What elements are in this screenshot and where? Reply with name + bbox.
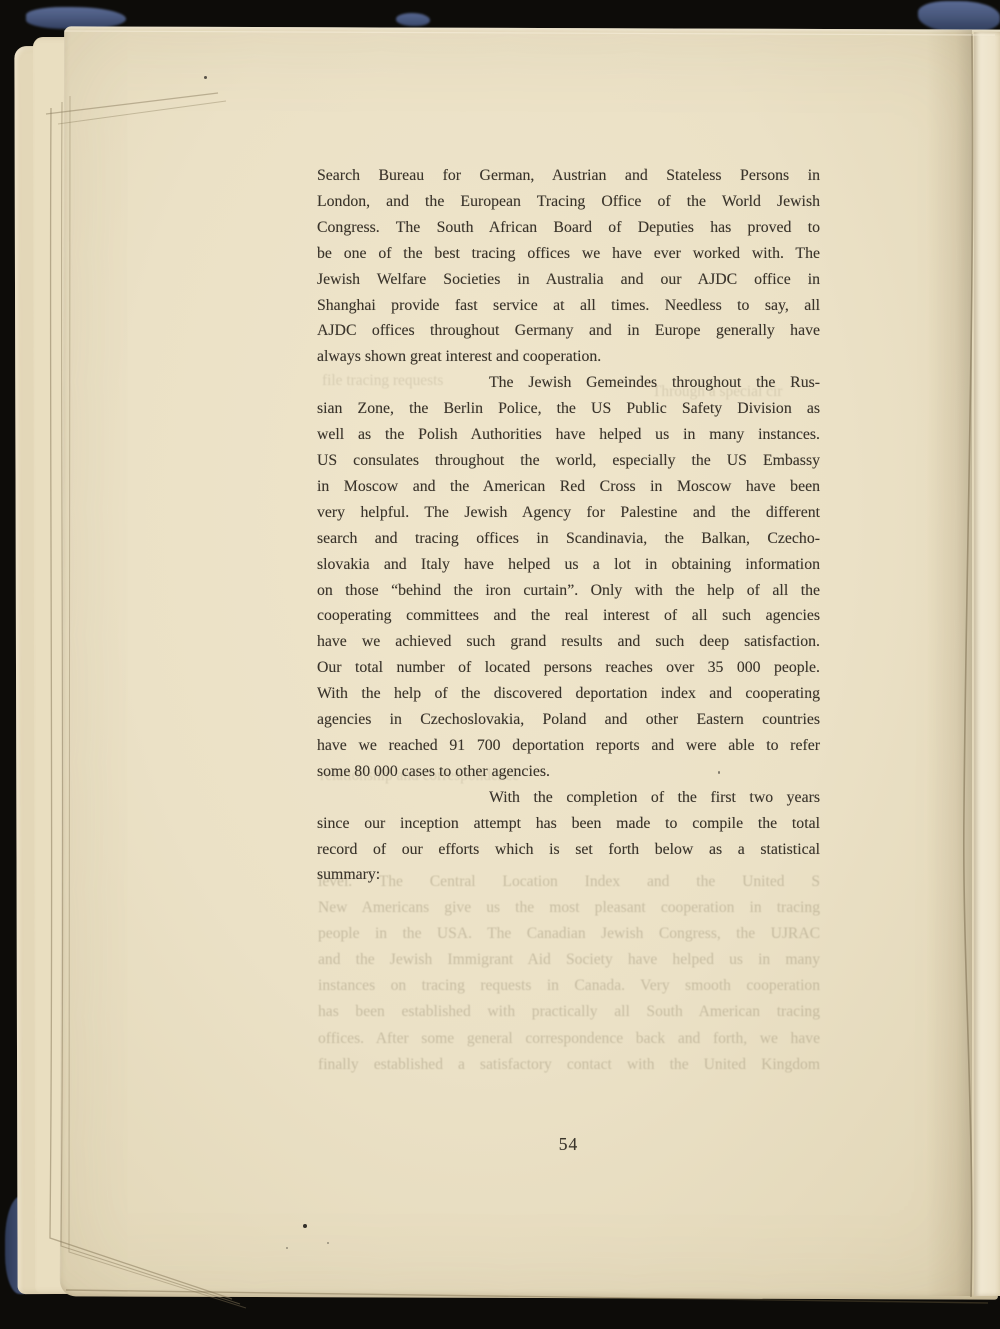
text-line: Shanghai provide fast service at all tim… — [317, 293, 820, 319]
text-line: With the help of the discovered deportat… — [317, 681, 820, 707]
text-line: agencies in Czechoslovakia, Poland and o… — [317, 707, 820, 733]
text-line: AJDC offices throughout Germany and in E… — [317, 318, 820, 344]
text-line: Congress. The South African Board of Dep… — [317, 215, 820, 241]
text-line: always shown great interest and cooperat… — [317, 344, 820, 370]
text-line: Search Bureau for German, Austrian and S… — [317, 163, 820, 189]
paragraph: With the completion of the first two yea… — [317, 785, 820, 889]
text-line: sian Zone, the Berlin Police, the US Pub… — [317, 396, 820, 422]
ink-speck — [204, 76, 207, 79]
show-through-line: instances on tracing requests in Canada.… — [318, 973, 820, 999]
ink-speck — [286, 1247, 288, 1249]
show-through-line: finally established a satisfactory conta… — [318, 1052, 820, 1078]
text-line: be one of the best tracing offices we ha… — [317, 241, 820, 267]
text-line: very helpful. The Jewish Agency for Pale… — [317, 500, 820, 526]
ink-speck — [327, 1242, 329, 1244]
text-line: have we achieved such grand results and … — [317, 629, 820, 655]
text-line: With the completion of the first two yea… — [317, 785, 820, 811]
text-line: since our inception attempt has been mad… — [317, 811, 820, 837]
page-fold-shadow — [926, 30, 972, 1296]
text-line: US consulates throughout the world, espe… — [317, 448, 820, 474]
text-line: summary: — [317, 862, 820, 888]
paragraph: The Jewish Gemeindes throughout the Rus-… — [317, 370, 820, 785]
text-line: The Jewish Gemeindes throughout the Rus- — [317, 370, 820, 396]
text-line: some 80 000 cases to other agencies. — [317, 759, 820, 785]
text-line: in Moscow and the American Red Cross in … — [317, 474, 820, 500]
show-through-line: people in the USA. The Canadian Jewish C… — [318, 921, 820, 947]
text-line: on those “behind the iron curtain”. Only… — [317, 578, 820, 604]
cover-cloth-top-right — [918, 1, 1000, 33]
ink-speck — [303, 1224, 307, 1228]
show-through-text: level. The Central Location Index and th… — [318, 869, 820, 1078]
show-through-line: and the Jewish Immigrant Aid Society hav… — [318, 947, 820, 973]
text-line: search and tracing offices in Scandinavi… — [317, 526, 820, 552]
show-through-line: has been established with practically al… — [318, 999, 820, 1025]
text-line: record of our efforts which is set forth… — [317, 837, 820, 863]
show-through-line: offices. After some general corresponden… — [318, 1026, 820, 1052]
cover-cloth-top-middle — [396, 13, 430, 26]
text-line: Our total number of located persons reac… — [317, 655, 820, 681]
ink-speck — [613, 228, 615, 230]
next-page-edge — [974, 32, 1000, 1296]
text-block: Search Bureau for German, Austrian and S… — [317, 163, 820, 888]
text-line: slovakia and Italy have helped us a lot … — [317, 552, 820, 578]
paragraph: Search Bureau for German, Austrian and S… — [317, 163, 820, 370]
text-line: cooperating committees and the real inte… — [317, 603, 820, 629]
ink-speck — [718, 771, 720, 774]
book-scan: level. The Central Location Index and th… — [0, 0, 1000, 1329]
text-line: have we reached 91 700 deportation repor… — [317, 733, 820, 759]
text-line: well as the Polish Authorities have help… — [317, 422, 820, 448]
show-through-line: New Americans give us the most pleasant … — [318, 895, 820, 921]
page-number: 54 — [317, 1134, 820, 1155]
text-line: London, and the European Tracing Office … — [317, 189, 820, 215]
text-line: Jewish Welfare Societies in Australia an… — [317, 267, 820, 293]
